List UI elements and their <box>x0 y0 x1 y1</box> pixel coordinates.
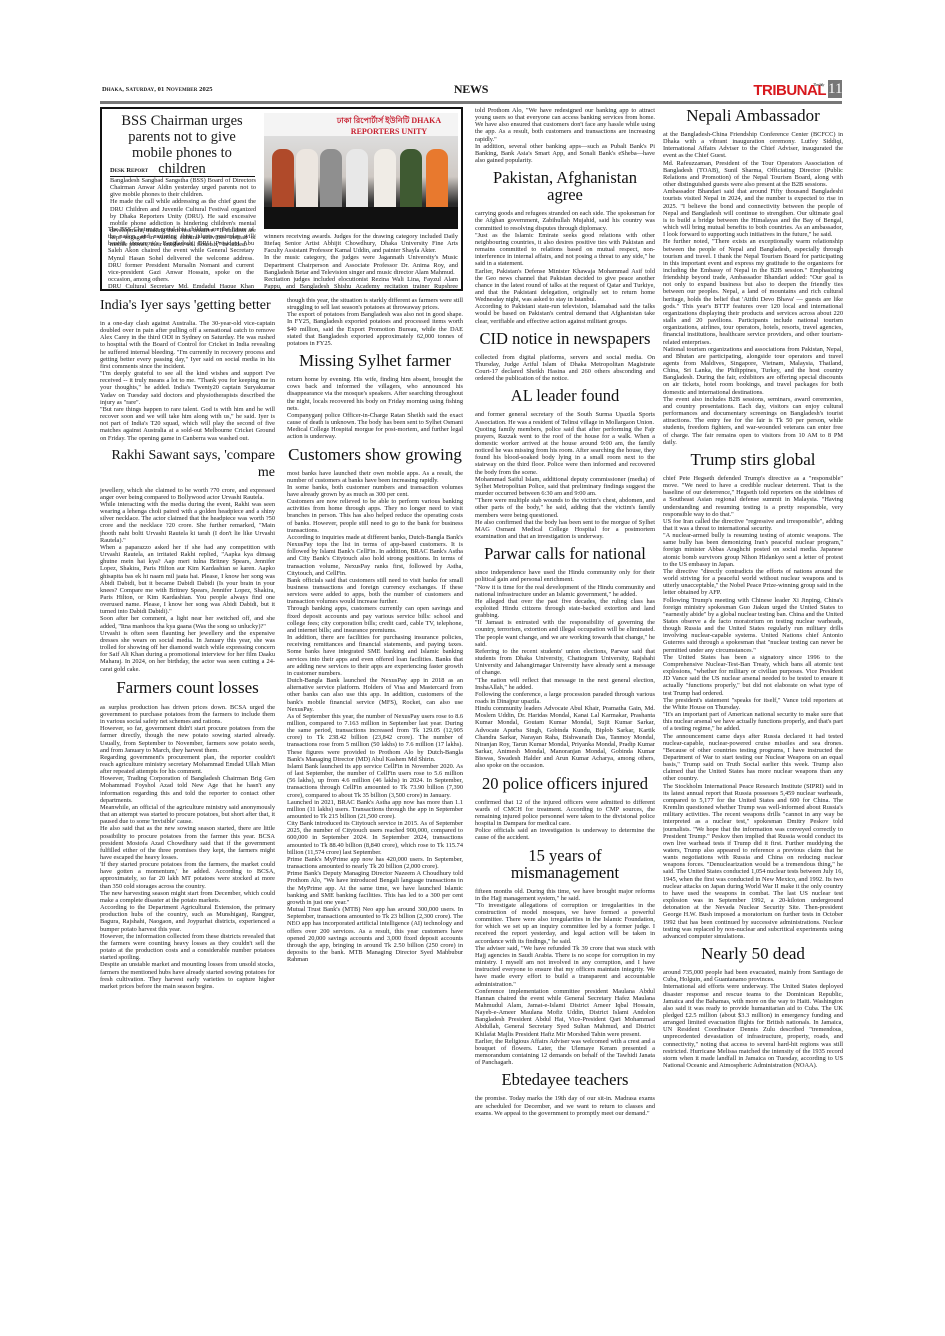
tribunal-logo: The dailyTRIBUNAL 11 <box>753 78 842 98</box>
news-photo: ঢাকা রিপোর্টার্স ইউনিটি DHAKA REPORTERS … <box>264 113 458 229</box>
headline-trump: Trump stirs global <box>663 451 843 468</box>
article-rakhi: jewellery, which she claimed to be worth… <box>100 487 275 673</box>
headline-ebtedayee: Ebtedayee teachers <box>475 1071 655 1088</box>
headline-sylhet: Missing Sylhet farmer <box>287 352 463 369</box>
article-iyer: in a one-day clash against Australia. Th… <box>100 320 275 442</box>
column-2: though this year, the situation is stark… <box>287 297 463 1297</box>
article-customers: most banks have launched their own mobil… <box>287 470 463 964</box>
headline-pakistan: Pakistan, Afghanistan agree <box>475 169 655 203</box>
lead-body-col1-cont: The BSS Chairman noted that children are… <box>108 226 254 288</box>
article-ebtedayee: the promise. Today marks the 19th day of… <box>475 1095 655 1116</box>
page-masthead: Dhaka, Saturday, 01 November 2025 NEWS T… <box>100 78 842 100</box>
headline-cid: CID notice in newspapers <box>475 330 655 347</box>
article-potato-continued: though this year, the situation is stark… <box>287 297 463 347</box>
column-3: told Prothom Alo, "We have redesigned ou… <box>475 107 655 1267</box>
article-farmers: as surplus production has driven prices … <box>100 704 275 990</box>
logo-tagline: The daily <box>813 77 824 92</box>
headline-hajj: 15 years of mismanagement <box>475 847 655 881</box>
article-trump: chief Pete Hegseth defended Trump's dire… <box>663 475 843 940</box>
headline-nepal: Nepali Ambassador <box>663 107 843 124</box>
headline-police: 20 police officers injured <box>475 775 655 792</box>
headline-customers: Customers show growing <box>287 446 463 463</box>
article-parwar: since independence have used the Hindu c… <box>475 569 655 769</box>
column-4: Nepali Ambassador at the Bangladesh-Chin… <box>663 107 843 1217</box>
article-pakistan: carrying goods and refugees stranded on … <box>475 210 655 325</box>
headline-iyer: India's Iyer says 'getting better <box>100 297 275 314</box>
page-number: 11 <box>828 80 842 98</box>
column-1: India's Iyer says 'getting better in a o… <box>100 297 275 1297</box>
article-nearly-50: around 735,000 people had been evacuated… <box>663 969 843 1069</box>
headline-parwar: Parwar calls for national <box>475 545 655 562</box>
byline: Desk Report <box>110 167 255 177</box>
headline-al-leader: AL leader found <box>475 387 655 404</box>
lead-body-col2: winners receiving awards. Judges for the… <box>264 233 458 289</box>
article-hajj: fifteen months old. During this time, we… <box>475 888 655 1067</box>
headline-farmers: Farmers count losses <box>100 679 275 696</box>
photo-banner: ঢাকা রিপোর্টার্স ইউনিটি DHAKA REPORTERS … <box>324 115 454 137</box>
logo-wordmark: The dailyTRIBUNAL <box>753 83 826 98</box>
article-police: confirmed that 12 of the injured officer… <box>475 799 655 842</box>
masthead-rule <box>100 101 842 104</box>
article-sylhet: return home by evening. His wife, findin… <box>287 376 463 440</box>
section-title: NEWS <box>100 82 842 97</box>
article-cid: collected from digital platforms, server… <box>475 354 655 383</box>
article-banking-continued: told Prothom Alo, "We have redesigned ou… <box>475 107 655 164</box>
article-al-leader: and former general secretary of the Sout… <box>475 411 655 540</box>
headline-rakhi: Rakhi Sawant says, 'compare me <box>100 447 275 481</box>
article-nepal: at the Bangladesh-China Friendship Confe… <box>663 131 843 446</box>
headline-nearly-50: Nearly 50 dead <box>663 945 843 962</box>
